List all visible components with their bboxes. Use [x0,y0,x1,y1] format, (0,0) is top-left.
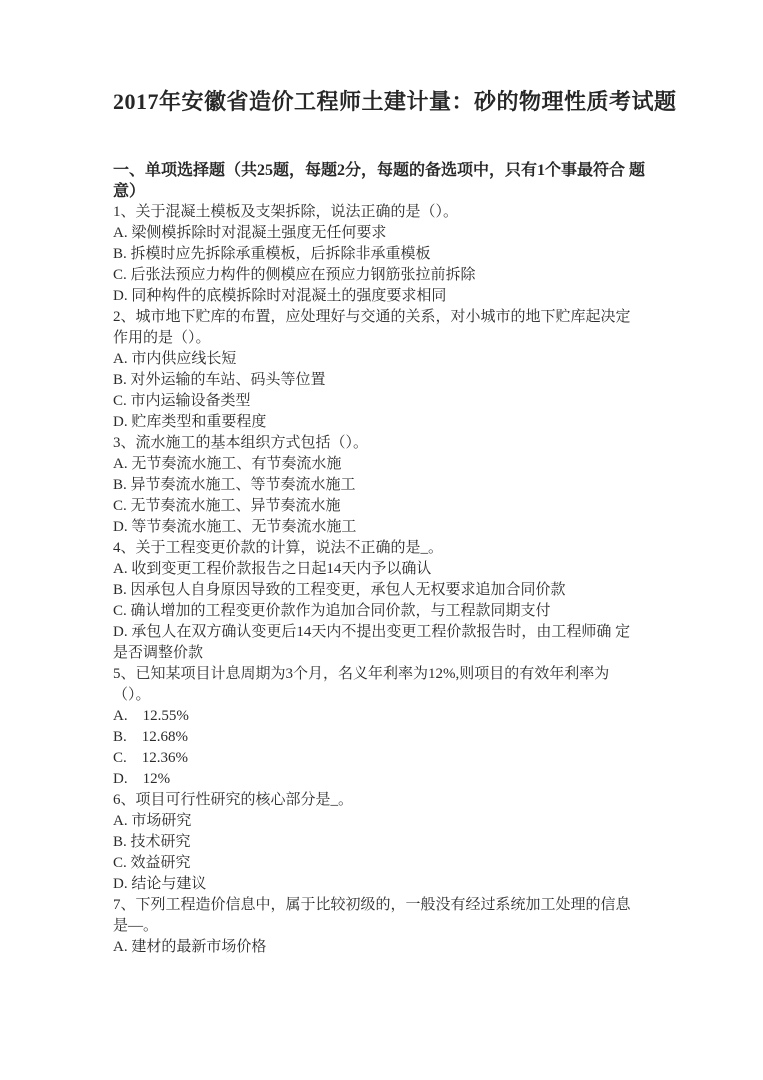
question-3-option-d: D. 等节奏流水施工、无节奏流水施工 [113,517,663,538]
question-5-option-a: A. 12.55% [113,706,663,727]
question-2-option-c: C. 市内运输设备类型 [113,391,663,412]
question-3-stem: 3、流水施工的基本组织方式包括（）。 [113,433,663,454]
question-list: 1、关于混凝土模板及支架拆除，说法正确的是（）。 A. 梁侧模拆除时对混凝土强度… [113,202,663,958]
question-1-option-b: B. 拆模时应先拆除承重模板，后拆除非承重模板 [113,244,663,265]
question-2-stem-line-2: 作用的是（）。 [113,328,663,349]
question-5-option-b: B. 12.68% [113,727,663,748]
question-4-stem: 4、关于工程变更价款的计算，说法不正确的是_。 [113,538,663,559]
section-heading-line-1: 一、单项选择题（共25题，每题2分，每题的备选项中，只有1个事最符合 题 [113,160,663,181]
question-5-option-c: C. 12.36% [113,748,663,769]
question-6-option-d: D. 结论与建议 [113,874,663,895]
question-6-stem: 6、项目可行性研究的核心部分是_。 [113,790,663,811]
question-4: 4、关于工程变更价款的计算，说法不正确的是_。 A. 收到变更工程价款报告之日起… [113,538,663,664]
page-title: 2017年安徽省造价工程师土建计量：砂的物理性质考试题 [113,0,663,118]
question-4-option-b: B. 因承包人自身原因导致的工程变更，承包人无权要求追加合同价款 [113,580,663,601]
question-3-option-c: C. 无节奏流水施工、异节奏流水施 [113,496,663,517]
question-7-stem-line-1: 7、下列工程造价信息中，属于比较初级的，一般没有经过系统加工处理的信息 [113,895,663,916]
question-2-option-a: A. 市内供应线长短 [113,349,663,370]
question-5: 5、已知某项目计息周期为3个月，名义年利率为12%,则项目的有效年利率为 （）。… [113,664,663,790]
section-heading: 一、单项选择题（共25题，每题2分，每题的备选项中，只有1个事最符合 题 意） [113,160,663,202]
question-5-stem-line-1: 5、已知某项目计息周期为3个月，名义年利率为12%,则项目的有效年利率为 [113,664,663,685]
question-5-option-d: D. 12% [113,769,663,790]
question-5-stem-line-2: （）。 [113,685,663,706]
question-7-stem-line-2: 是—。 [113,916,663,937]
question-1-option-a: A. 梁侧模拆除时对混凝土强度无任何要求 [113,223,663,244]
section-heading-line-2: 意） [113,181,663,202]
question-7-option-a: A. 建材的最新市场价格 [113,937,663,958]
question-6-option-a: A. 市场研究 [113,811,663,832]
question-4-option-d-line-2: 是否调整价款 [113,643,663,664]
question-7: 7、下列工程造价信息中，属于比较初级的，一般没有经过系统加工处理的信息 是—。 … [113,895,663,958]
question-3-option-b: B. 异节奏流水施工、等节奏流水施工 [113,475,663,496]
question-2: 2、城市地下贮库的布置，应处理好与交通的关系，对小城市的地下贮库起决定 作用的是… [113,307,663,433]
question-6-option-b: B. 技术研究 [113,832,663,853]
question-4-option-d-line-1: D. 承包人在双方确认变更后14天内不提出变更工程价款报告时，由工程师确 定 [113,622,663,643]
question-4-option-c: C. 确认增加的工程变更价款作为追加合同价款，与工程款同期支付 [113,601,663,622]
question-2-option-d: D. 贮库类型和重要程度 [113,412,663,433]
question-3: 3、流水施工的基本组织方式包括（）。 A. 无节奏流水施工、有节奏流水施 B. … [113,433,663,538]
question-1-stem: 1、关于混凝土模板及支架拆除，说法正确的是（）。 [113,202,663,223]
question-6: 6、项目可行性研究的核心部分是_。 A. 市场研究 B. 技术研究 C. 效益研… [113,790,663,895]
question-1-option-c: C. 后张法预应力构件的侧模应在预应力钢筋张拉前拆除 [113,265,663,286]
question-3-option-a: A. 无节奏流水施工、有节奏流水施 [113,454,663,475]
question-4-option-a: A. 收到变更工程价款报告之日起14天内予以确认 [113,559,663,580]
question-2-option-b: B. 对外运输的车站、码头等位置 [113,370,663,391]
question-1: 1、关于混凝土模板及支架拆除，说法正确的是（）。 A. 梁侧模拆除时对混凝土强度… [113,202,663,307]
document-page: 2017年安徽省造价工程师土建计量：砂的物理性质考试题 一、单项选择题（共25题… [0,0,763,1080]
question-1-option-d: D. 同种构件的底模拆除时对混凝土的强度要求相同 [113,286,663,307]
question-6-option-c: C. 效益研究 [113,853,663,874]
question-2-stem-line-1: 2、城市地下贮库的布置，应处理好与交通的关系，对小城市的地下贮库起决定 [113,307,663,328]
